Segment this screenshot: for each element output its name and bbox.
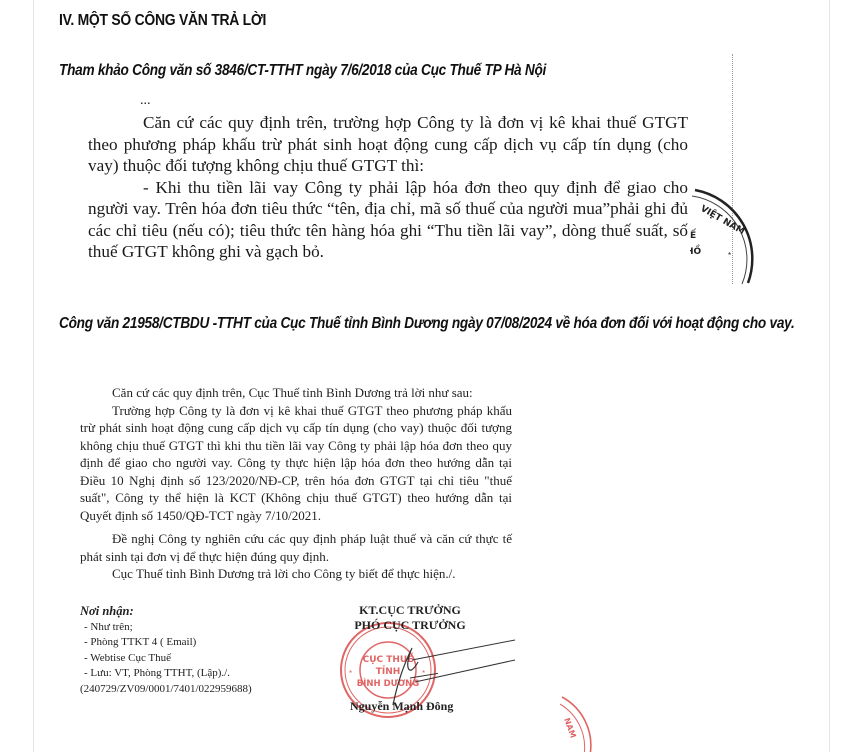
reference-title-binhduong: Công văn 21958/CTBDU -TTHT của Cục Thuế … — [59, 311, 807, 337]
svg-text:*: * — [349, 669, 352, 678]
scan-paragraph: Căn cứ các quy định trên, trường hợp Côn… — [88, 112, 688, 177]
svg-text:HỒ: HỒ — [690, 244, 702, 257]
scanned-letter-binhduong: Căn cứ các quy định trên, Cục Thuế tỉnh … — [80, 384, 512, 583]
recipients-block: Nơi nhận: - Như trên; - Phòng TTKT 4 ( E… — [80, 604, 252, 698]
partial-red-stamp-icon: NAM — [560, 695, 620, 752]
scan-paragraph: Căn cứ các quy định trên, Cục Thuế tỉnh … — [80, 384, 512, 402]
svg-text:NAM: NAM — [562, 717, 578, 740]
reference-title-hanoi: Tham khảo Công văn số 3846/CT-TTHT ngày … — [59, 62, 546, 80]
scanned-letter-hanoi: ... Căn cứ các quy định trên, trường hợp… — [88, 94, 688, 284]
signatory-title-2: PHÓ CỤC TRƯỞNG — [345, 618, 475, 633]
section-heading: IV. MỘT SỐ CÔNG VĂN TRẢ LỜI — [59, 12, 266, 30]
signature-block: KT.CỤC TRƯỞNG PHÓ CỤC TRƯỞNG — [345, 603, 475, 633]
recipient-item: - Phòng TTKT 4 ( Email) — [80, 635, 252, 651]
scan-paragraph: Cục Thuế tỉnh Bình Dương trả lời cho Côn… — [80, 565, 512, 583]
signatory-name: Nguyễn Mạnh Đông — [350, 699, 453, 714]
ellipsis: ... — [88, 94, 688, 108]
stamp-seal-icon: VIỆT NAM Ế HỒ * — [690, 188, 760, 288]
scan-paragraph: - Khi thu tiền lãi vay Công ty phải lập … — [88, 177, 688, 263]
svg-text:*: * — [728, 251, 731, 260]
recipient-item: - Webtise Cục Thuế — [80, 651, 252, 667]
recipient-item: - Lưu: VT, Phòng TTHT, (Lập)./. — [80, 666, 252, 682]
svg-text:Ế: Ế — [690, 228, 697, 241]
signatory-title-1: KT.CỤC TRƯỞNG — [345, 603, 475, 618]
signature-stroke-icon — [410, 630, 520, 700]
svg-text:TỈNH: TỈNH — [376, 665, 401, 677]
recipients-title: Nơi nhận: — [80, 604, 252, 620]
scan-paragraph: Đề nghị Công ty nghiên cứu các quy định … — [80, 530, 512, 565]
scan-paragraph: Trường hợp Công ty là đơn vị kê khai thu… — [80, 402, 512, 525]
document-code: (240729/ZV09/0001/7401/022959688) — [80, 682, 252, 698]
recipient-item: - Như trên; — [80, 620, 252, 636]
